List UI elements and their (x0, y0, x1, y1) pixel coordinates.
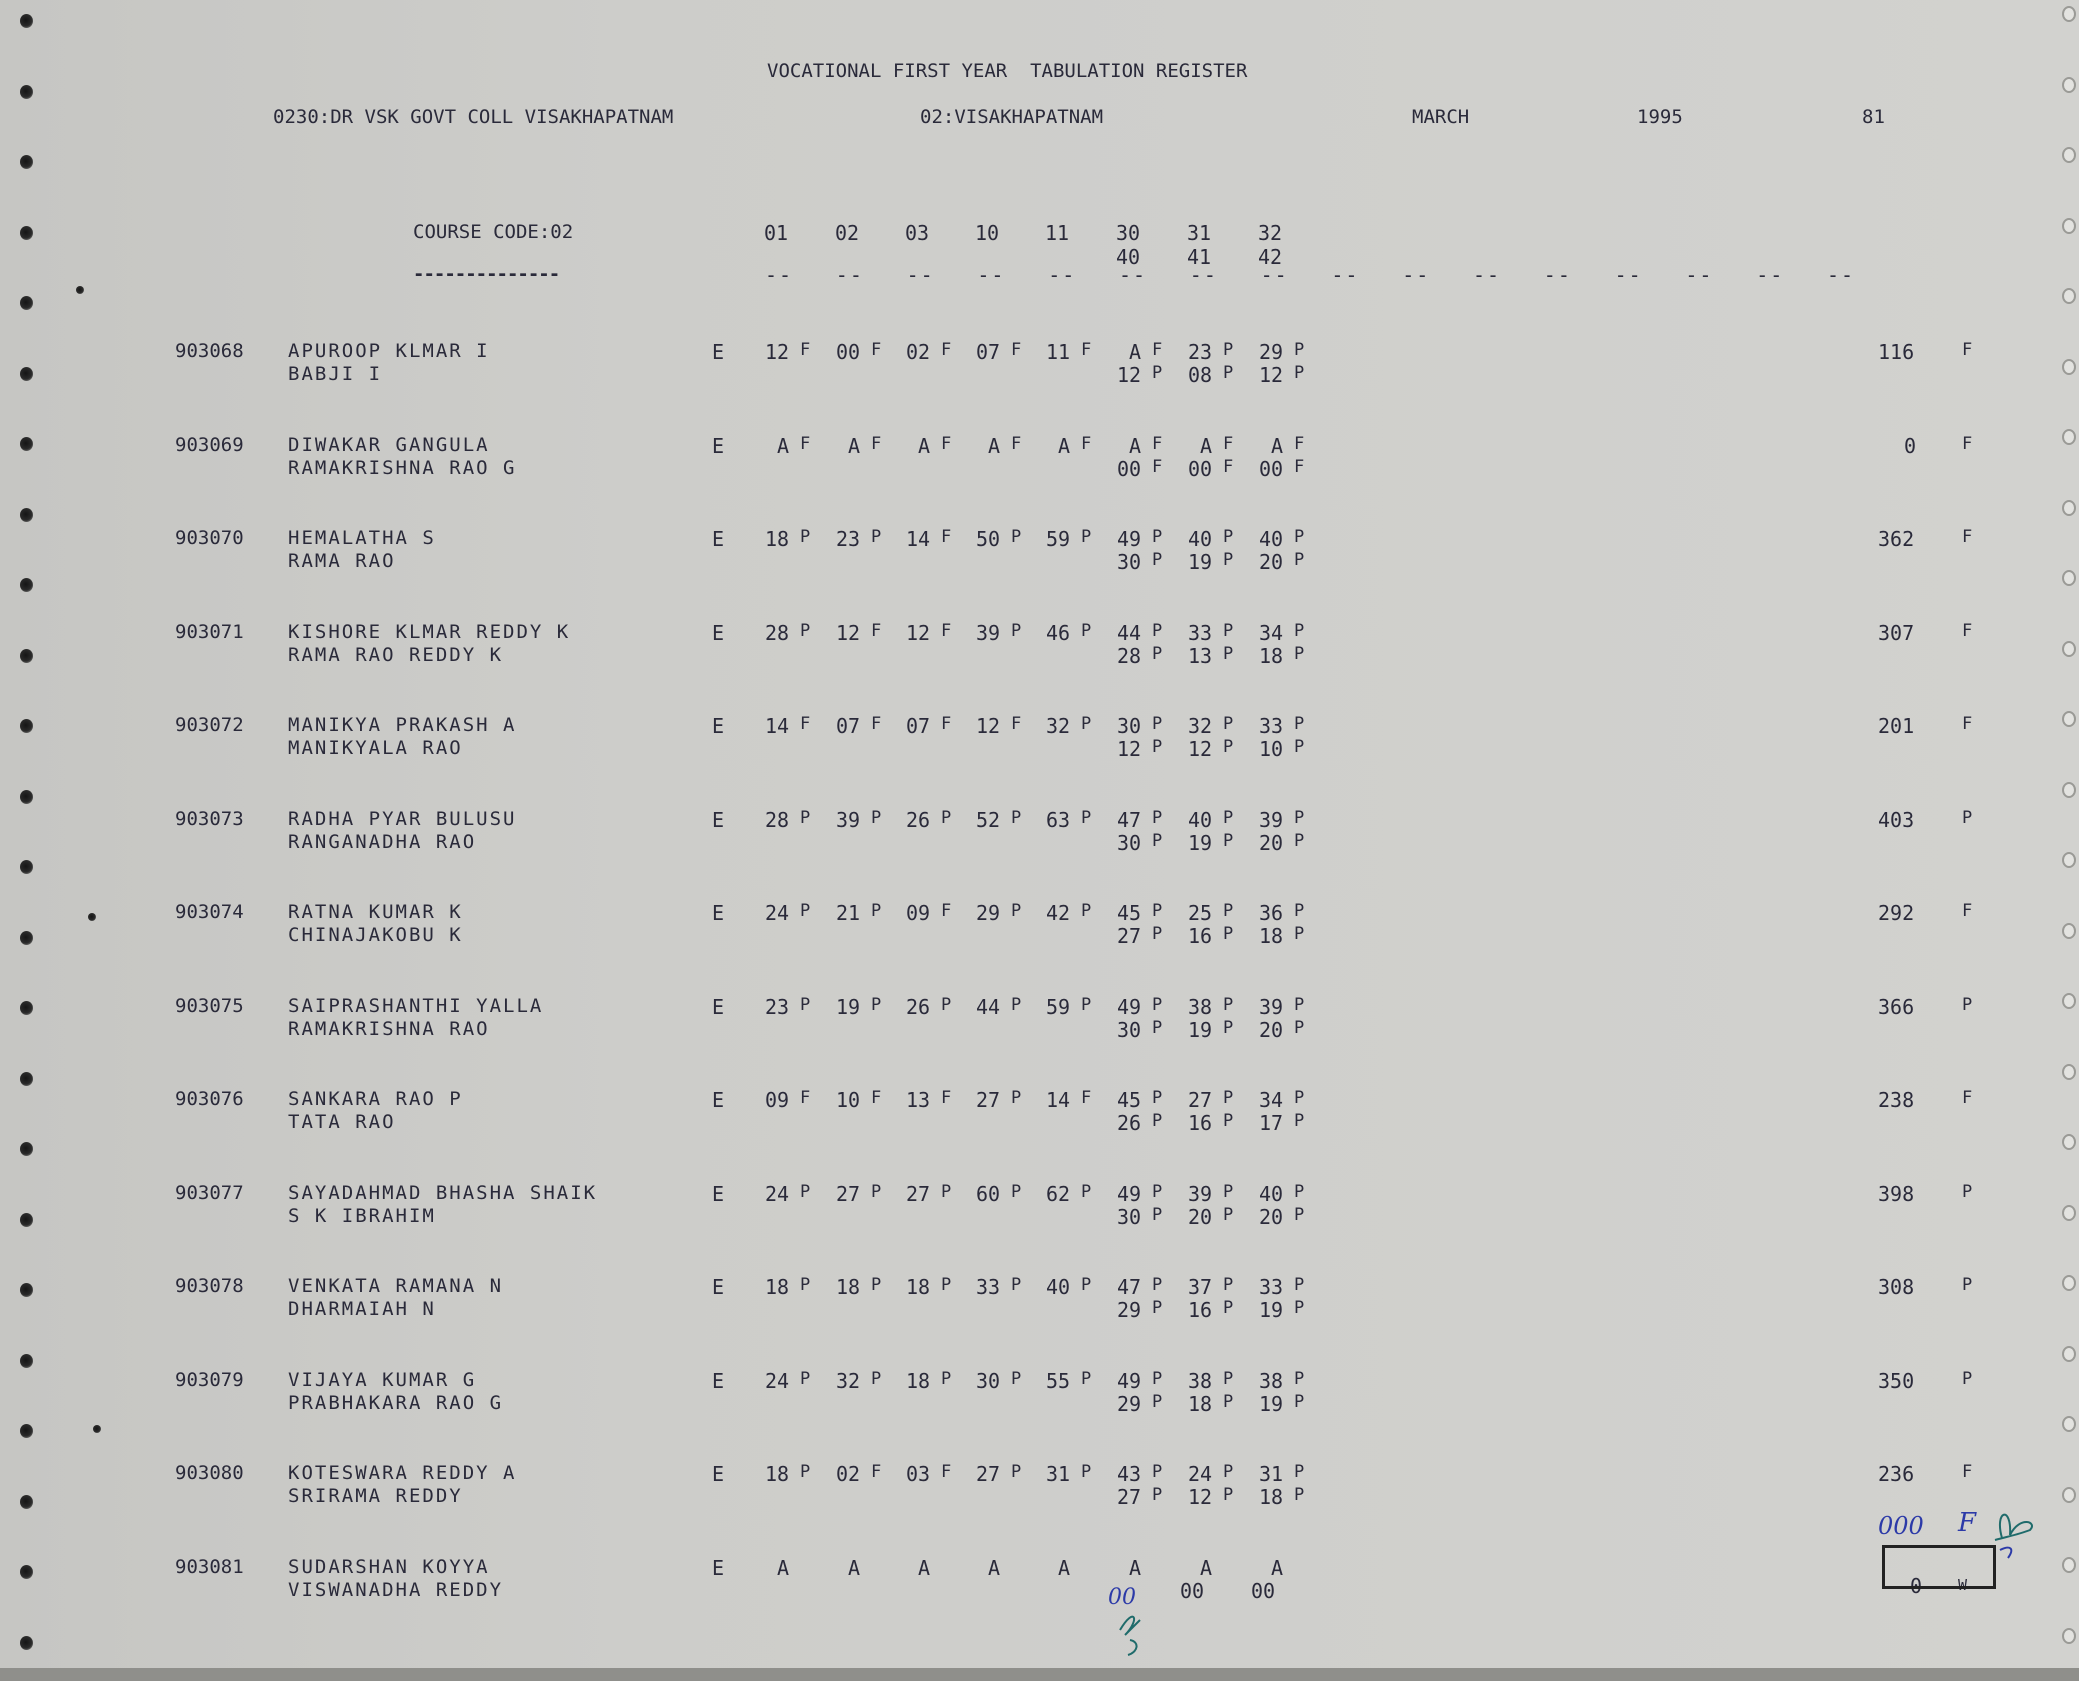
pin-hole (88, 913, 96, 921)
column-divider: -- (1473, 263, 1501, 287)
subject-mark: 62 (1046, 1182, 1070, 1206)
practical-grade: P (1223, 644, 1233, 664)
practical-grade: P (1152, 363, 1162, 383)
practical-mark: 29 (1117, 1298, 1141, 1322)
practical-grade: P (1223, 363, 1233, 383)
subject-mark: 18 (906, 1275, 930, 1299)
subject-grade: P (1081, 621, 1091, 641)
student-name: KOTESWARA REDDY A (288, 1462, 516, 1484)
subject-mark: A (918, 1556, 930, 1580)
pin-hole (20, 296, 33, 310)
subject-mark: 38 (1259, 1369, 1283, 1393)
subject-grade: P (871, 1275, 881, 1295)
district-name: 02:VISAKHAPATNAM (920, 106, 1103, 128)
practical-mark: 18 (1188, 1392, 1212, 1416)
result-status: P (1962, 1182, 1972, 1202)
subject-grade: P (1081, 714, 1091, 734)
practical-grade: F (1294, 457, 1304, 477)
practical-mark: 30 (1117, 550, 1141, 574)
practical-grade: P (1152, 1392, 1162, 1412)
feed-hole (2062, 1628, 2076, 1644)
feed-hole (2062, 1205, 2076, 1221)
subject-grade: P (1081, 901, 1091, 921)
subject-mark: 12 (836, 621, 860, 645)
exam-month: MARCH (1412, 106, 1469, 128)
medium-code: E (712, 808, 724, 832)
feed-hole (2062, 6, 2076, 22)
practical-mark: 29 (1117, 1392, 1141, 1416)
practical-mark: 16 (1188, 1298, 1212, 1322)
subject-grade: F (941, 714, 951, 734)
correction-box (1882, 1545, 1996, 1589)
pin-hole (20, 437, 33, 451)
column-divider: -- (1756, 263, 1784, 287)
result-status: F (1962, 1088, 1972, 1108)
practical-mark: 20 (1188, 1205, 1212, 1229)
subject-mark: 14 (1046, 1088, 1070, 1112)
practical-grade: P (1223, 1205, 1233, 1225)
subject-mark: 44 (976, 995, 1000, 1019)
subject-mark: 18 (836, 1275, 860, 1299)
subject-grade: P (1081, 808, 1091, 828)
feed-hole (2062, 711, 2076, 727)
subject-grade: F (800, 1088, 810, 1108)
subject-grade: P (1223, 340, 1233, 360)
subject-grade: P (1011, 1462, 1021, 1482)
college-name: 0230:DR VSK GOVT COLL VISAKHAPATNAM (273, 106, 673, 128)
subject-mark: 21 (836, 901, 860, 925)
feed-hole (2062, 1134, 2076, 1150)
subject-grade: F (871, 714, 881, 734)
practical-grade: P (1223, 1485, 1233, 1505)
pin-hole (20, 1565, 33, 1579)
medium-code: E (712, 1369, 724, 1393)
practical-mark: 12 (1188, 1485, 1212, 1509)
subject-mark: A (988, 1556, 1000, 1580)
subject-grade: P (1152, 1088, 1162, 1108)
student-name: APUROOP KLMAR I (288, 340, 490, 362)
subject-mark: 23 (836, 527, 860, 551)
subject-mark: 03 (906, 1462, 930, 1486)
roll-number: 903068 (175, 340, 244, 362)
student-name: SAYADAHMAD BHASHA SHAIK (288, 1182, 597, 1204)
result-status: F (1962, 714, 1972, 734)
practical-grade: P (1152, 1298, 1162, 1318)
practical-grade: P (1152, 1018, 1162, 1038)
subject-grade: P (871, 527, 881, 547)
pin-hole (20, 1072, 33, 1086)
subject-mark: A (1271, 1556, 1283, 1580)
father-name: RAMA RAO REDDY K (288, 644, 503, 666)
subject-grade: F (941, 434, 951, 454)
subject-grade: P (1152, 714, 1162, 734)
subject-grade: P (1294, 621, 1304, 641)
subject-grade: F (941, 901, 951, 921)
subject-grade: P (1223, 808, 1233, 828)
practical-mark: 27 (1117, 924, 1141, 948)
course-code-underline: -------------- (413, 263, 559, 285)
subject-grade: P (1152, 995, 1162, 1015)
pin-hole (20, 1424, 33, 1438)
subject-grade: P (1152, 1462, 1162, 1482)
practical-grade: F (1152, 457, 1162, 477)
practical-grade: P (1152, 550, 1162, 570)
subject-grade: P (1223, 527, 1233, 547)
feed-hole (2062, 218, 2076, 234)
feed-hole (2062, 500, 2076, 516)
subject-grade: P (1294, 808, 1304, 828)
practical-grade: P (1294, 1205, 1304, 1225)
subject-grade: P (1152, 901, 1162, 921)
subject-grade: P (871, 1182, 881, 1202)
subject-grade: P (871, 808, 881, 828)
subject-mark: 50 (976, 527, 1000, 551)
practical-grade: P (1152, 1111, 1162, 1131)
subject-mark: 33 (1188, 621, 1212, 645)
pin-hole (20, 367, 33, 381)
pin-hole (20, 85, 33, 99)
subject-mark: 23 (765, 995, 789, 1019)
subject-mark: 14 (906, 527, 930, 551)
pin-hole (20, 1354, 33, 1368)
subject-grade: P (1294, 340, 1304, 360)
subject-mark: 27 (836, 1182, 860, 1206)
practical-grade: P (1223, 1111, 1233, 1131)
subject-grade: P (1081, 1275, 1091, 1295)
student-name: SUDARSHAN KOYYA (288, 1556, 490, 1578)
practical-mark: 12 (1259, 363, 1283, 387)
subject-grade: P (800, 901, 810, 921)
subject-mark: 23 (1188, 340, 1212, 364)
page-number: 81 (1862, 106, 1885, 128)
roll-number: 903078 (175, 1275, 244, 1297)
practical-mark: 12 (1117, 363, 1141, 387)
total-marks: 350 (1878, 1369, 1914, 1393)
subject-mark: A (777, 434, 789, 458)
subject-grade: P (871, 995, 881, 1015)
subject-mark: 46 (1046, 621, 1070, 645)
practical-grade: P (1152, 1485, 1162, 1505)
subject-grade: P (1223, 714, 1233, 734)
student-name: DIWAKAR GANGULA (288, 434, 490, 456)
subject-grade: P (1294, 1182, 1304, 1202)
result-status: F (1962, 340, 1972, 360)
subject-mark: 32 (836, 1369, 860, 1393)
pin-hole (20, 1213, 33, 1227)
subject-grade: F (1011, 714, 1021, 734)
subject-mark: 43 (1117, 1462, 1141, 1486)
subject-mark: 38 (1188, 995, 1212, 1019)
practical-mark: 28 (1117, 644, 1141, 668)
column-divider: -- (1615, 263, 1643, 287)
total-marks: 403 (1878, 808, 1914, 832)
subject-mark: 27 (976, 1088, 1000, 1112)
result-status: P (1962, 1275, 1972, 1295)
father-name: SRIRAMA REDDY (288, 1485, 463, 1507)
subject-grade: F (941, 340, 951, 360)
total-marks: 292 (1878, 901, 1914, 925)
pin-hole (20, 508, 33, 522)
total-marks: 398 (1878, 1182, 1914, 1206)
column-divider: -- (836, 263, 864, 287)
subject-grade: P (800, 1275, 810, 1295)
subject-mark: 07 (976, 340, 1000, 364)
subject-grade: P (1011, 1088, 1021, 1108)
subject-grade: P (1294, 1088, 1304, 1108)
subject-grade: P (1152, 527, 1162, 547)
student-name: VENKATA RAMANA N (288, 1275, 503, 1297)
subject-grade: P (1011, 527, 1021, 547)
subject-mark: 24 (1188, 1462, 1212, 1486)
subject-grade: P (800, 1462, 810, 1482)
subject-grade: P (800, 527, 810, 547)
subject-grade: P (1081, 1369, 1091, 1389)
total-marks: 0 (1904, 434, 1916, 458)
subject-mark: 12 (765, 340, 789, 364)
subject-grade: P (941, 808, 951, 828)
column-divider: -- (1119, 263, 1147, 287)
subject-grade: F (941, 621, 951, 641)
feed-hole (2062, 1275, 2076, 1291)
subject-mark: 26 (906, 995, 930, 1019)
practical-mark: 19 (1188, 550, 1212, 574)
practical-mark: 12 (1188, 737, 1212, 761)
pin-hole (20, 719, 33, 733)
column-divider: -- (1261, 263, 1289, 287)
subject-mark: 07 (906, 714, 930, 738)
subject-mark: 27 (906, 1182, 930, 1206)
subject-mark: 29 (1259, 340, 1283, 364)
subject-grade: P (871, 1369, 881, 1389)
practical-grade: P (1152, 831, 1162, 851)
roll-number: 903080 (175, 1462, 244, 1484)
subject-mark: 07 (836, 714, 860, 738)
father-name: CHINAJAKOBU K (288, 924, 463, 946)
subject-mark: 13 (906, 1088, 930, 1112)
student-name: RATNA KUMAR K (288, 901, 463, 923)
subject-grade: P (1223, 1369, 1233, 1389)
subject-grade: P (1011, 1182, 1021, 1202)
roll-number: 903070 (175, 527, 244, 549)
pin-hole (20, 155, 33, 169)
subject-mark: 27 (1188, 1088, 1212, 1112)
subject-grade: P (1294, 714, 1304, 734)
subject-grade: F (1152, 340, 1162, 360)
medium-code: E (712, 901, 724, 925)
pin-hole (20, 14, 33, 28)
feed-hole (2062, 77, 2076, 93)
subject-grade: P (1223, 1088, 1233, 1108)
result-status: P (1962, 808, 1972, 828)
practical-mark: 00 (1259, 457, 1283, 481)
medium-code: E (712, 1182, 724, 1206)
subject-grade: P (1011, 1275, 1021, 1295)
subject-grade: P (800, 995, 810, 1015)
subject-grade: F (871, 434, 881, 454)
roll-number: 903073 (175, 808, 244, 830)
practical-mark: 18 (1259, 644, 1283, 668)
pin-hole (20, 649, 33, 663)
column-divider: -- (907, 263, 935, 287)
feed-hole (2062, 147, 2076, 163)
father-name: PRABHAKARA RAO G (288, 1392, 503, 1414)
total-marks: 308 (1878, 1275, 1914, 1299)
practical-mark: 16 (1188, 924, 1212, 948)
practical-mark: 19 (1259, 1392, 1283, 1416)
subject-mark: 42 (1046, 901, 1070, 925)
subject-grade: F (800, 714, 810, 734)
pin-hole (20, 860, 33, 874)
subject-mark: 38 (1188, 1369, 1212, 1393)
subject-grade: P (1152, 808, 1162, 828)
practical-mark: 12 (1117, 737, 1141, 761)
subject-grade: P (1081, 1462, 1091, 1482)
subject-grade: P (1294, 901, 1304, 921)
practical-grade: P (1152, 644, 1162, 664)
practical-mark: 17 (1259, 1111, 1283, 1135)
column-divider: -- (977, 263, 1005, 287)
feed-hole (2062, 993, 2076, 1009)
practical-grade: P (1152, 1205, 1162, 1225)
practical-grade: P (1294, 1111, 1304, 1131)
subject-grade: P (800, 1182, 810, 1202)
medium-code: E (712, 1275, 724, 1299)
roll-number: 903079 (175, 1369, 244, 1391)
roll-number: 903075 (175, 995, 244, 1017)
subject-code: 32 (1258, 221, 1282, 245)
subject-mark: 52 (976, 808, 1000, 832)
subject-mark: A (1200, 1556, 1212, 1580)
father-name: RANGANADHA RAO (288, 831, 476, 853)
subject-grade: P (871, 901, 881, 921)
feed-hole (2062, 782, 2076, 798)
subject-mark: 63 (1046, 808, 1070, 832)
practical-mark: 20 (1259, 1018, 1283, 1042)
subject-mark: 14 (765, 714, 789, 738)
subject-mark: 19 (836, 995, 860, 1019)
subject-mark: 12 (976, 714, 1000, 738)
course-code-label: COURSE CODE:02 (413, 221, 573, 243)
subject-mark: A (1129, 1556, 1141, 1580)
feed-hole (2062, 429, 2076, 445)
subject-grade: F (1223, 434, 1233, 454)
subject-mark: 39 (1188, 1182, 1212, 1206)
subject-mark: 39 (1259, 808, 1283, 832)
subject-mark: 18 (765, 1275, 789, 1299)
practical-mark: 20 (1259, 550, 1283, 574)
subject-mark: A (1129, 434, 1141, 458)
medium-code: E (712, 1462, 724, 1486)
pin-hole (20, 790, 33, 804)
subject-mark: 34 (1259, 621, 1283, 645)
practical-grade: P (1223, 1018, 1233, 1038)
subject-mark: A (1271, 434, 1283, 458)
subject-grade: P (1152, 1275, 1162, 1295)
subject-grade: F (871, 1462, 881, 1482)
practical-mark: 30 (1117, 1018, 1141, 1042)
practical-mark: 00 (1117, 457, 1141, 481)
column-divider: -- (1685, 263, 1713, 287)
father-name: BABJI I (288, 363, 382, 385)
subject-mark: A (777, 1556, 789, 1580)
subject-mark: A (1058, 1556, 1070, 1580)
subject-grade: F (1081, 1088, 1091, 1108)
subject-mark: 12 (906, 621, 930, 645)
column-divider: -- (1048, 263, 1076, 287)
practical-mark: 30 (1117, 831, 1141, 855)
subject-mark: A (848, 1556, 860, 1580)
father-name: RAMAKRISHNA RAO G (288, 457, 516, 479)
subject-grade: P (800, 1369, 810, 1389)
subject-mark: 18 (765, 1462, 789, 1486)
roll-number: 903077 (175, 1182, 244, 1204)
subject-mark: 40 (1259, 1182, 1283, 1206)
subject-mark: 10 (836, 1088, 860, 1112)
subject-mark: A (988, 434, 1000, 458)
practical-grade: P (1294, 1485, 1304, 1505)
subject-mark: 24 (765, 1369, 789, 1393)
total-marks: 238 (1878, 1088, 1914, 1112)
roll-number: 903069 (175, 434, 244, 456)
subject-mark: A (1129, 340, 1141, 364)
practical-grade: P (1152, 737, 1162, 757)
subject-grade: P (1223, 621, 1233, 641)
subject-grade: F (800, 434, 810, 454)
exam-year: 1995 (1637, 106, 1683, 128)
column-divider: -- (1827, 263, 1855, 287)
subject-mark: 11 (1046, 340, 1070, 364)
subject-mark: 49 (1117, 527, 1141, 551)
subject-code: 30 (1116, 221, 1140, 245)
feed-hole (2062, 288, 2076, 304)
practical-mark: 18 (1259, 1485, 1283, 1509)
medium-code: E (712, 1088, 724, 1112)
subject-code: 11 (1045, 221, 1069, 245)
subject-grade: P (1011, 1369, 1021, 1389)
pin-hole (20, 1142, 33, 1156)
father-name: DHARMAIAH N (288, 1298, 436, 1320)
subject-grade: P (1011, 901, 1021, 921)
subject-grade: F (941, 1462, 951, 1482)
practical-mark: 19 (1188, 831, 1212, 855)
subject-mark: 59 (1046, 527, 1070, 551)
subject-code: 01 (764, 221, 788, 245)
practical-mark: 20 (1259, 831, 1283, 855)
subject-code: 31 (1187, 221, 1211, 245)
subject-mark: 34 (1259, 1088, 1283, 1112)
father-name: TATA RAO (288, 1111, 396, 1133)
roll-number: 903072 (175, 714, 244, 736)
subject-mark: 28 (765, 621, 789, 645)
feed-hole (2062, 1557, 2076, 1573)
practical-grade: P (1294, 1298, 1304, 1318)
student-name: SAIPRASHANTHI YALLA (288, 995, 543, 1017)
practical-grade: P (1152, 924, 1162, 944)
subject-mark: 33 (1259, 1275, 1283, 1299)
pin-hole (20, 1495, 33, 1509)
practical-mark: 00 (1251, 1579, 1275, 1603)
practical-grade: P (1223, 1392, 1233, 1412)
roll-number: 903081 (175, 1556, 244, 1578)
subject-mark: 47 (1117, 808, 1141, 832)
subject-mark: 09 (765, 1088, 789, 1112)
feed-hole (2062, 923, 2076, 939)
subject-grade: P (941, 1369, 951, 1389)
subject-grade: F (1081, 340, 1091, 360)
subject-mark: 44 (1117, 621, 1141, 645)
subject-mark: 31 (1259, 1462, 1283, 1486)
subject-mark: 60 (976, 1182, 1000, 1206)
